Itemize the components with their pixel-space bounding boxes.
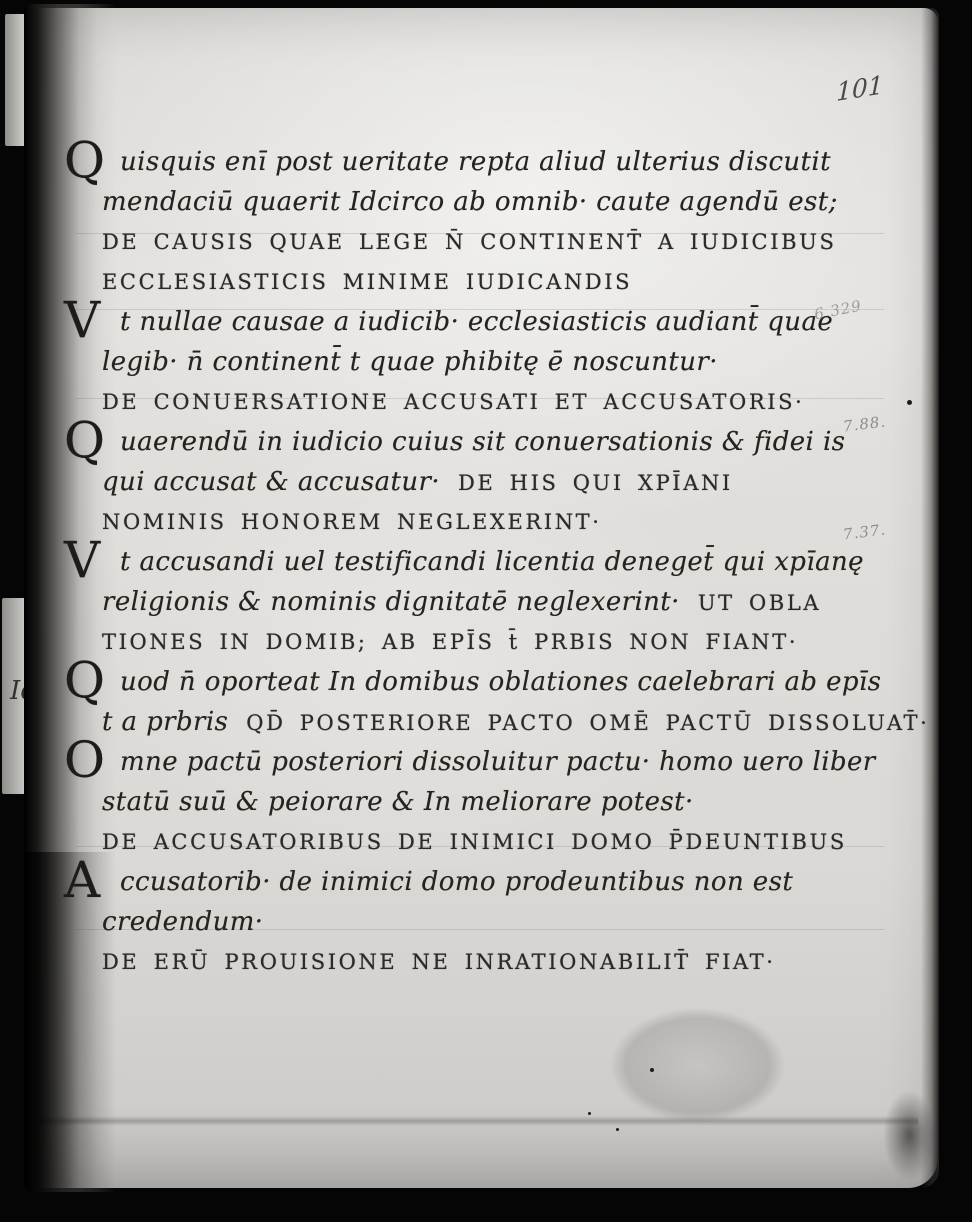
body-minuscule-text: mendaciū quaerit Idcirco ab omnib· caute… xyxy=(102,187,838,217)
manuscript-line: mendaciū quaerit Idcirco ab omnib· caute… xyxy=(66,182,896,222)
folio-number: 101 xyxy=(836,70,884,107)
manuscript-line: Accusatorib· de inimici domo prodeuntibu… xyxy=(66,862,896,902)
manuscript-line: religionis & nominis dignitatē neglexeri… xyxy=(66,582,896,622)
body-minuscule-text: t accusandi uel testificandi licentia de… xyxy=(120,547,864,577)
ink-speck xyxy=(907,400,912,405)
rubric-capitals-text: DE CONUERSATIONE ACCUSATI ET ACCUSATORIS… xyxy=(102,390,804,414)
manuscript-line: Vt nullae causae a iudicib· ecclesiastic… xyxy=(66,302,896,342)
manuscript-line: legib· n̄ continent̄ t quae phibitę ē no… xyxy=(66,342,896,382)
manuscript-line: TIONES IN DOMIB; AB EPĪS t̄ PRBIS NON FI… xyxy=(66,622,896,662)
manuscript-line: Quaerendū in iudicio cuius sit conuersat… xyxy=(66,422,896,462)
manuscript-line: DE CAUSIS QUAE LEGE N̄ CONTINENT̄ A IUDI… xyxy=(66,222,896,262)
manuscript-line: t a prbrisQD̄ POSTERIORE PACTO OMĒ PACTŪ… xyxy=(66,702,896,742)
body-minuscule-text: credendum· xyxy=(102,907,263,937)
rubric-capitals-text: DE CAUSIS QUAE LEGE N̄ CONTINENT̄ A IUDI… xyxy=(102,230,836,254)
rubric-capitals-text: DE HIS QUI XPĪANI xyxy=(458,471,733,495)
body-minuscule-text: t a prbris xyxy=(102,707,228,737)
body-minuscule-text: uisquis enī post ueritate repta aliud ul… xyxy=(120,147,831,177)
manuscript-page: 101 6.329 7.88. 7.37. Quisquis enī post … xyxy=(30,8,938,1188)
body-minuscule-text: mne pactū posteriori dissoluitur pactu· … xyxy=(120,747,876,777)
rubric-capitals-text: DE ACCUSATORIBUS DE INIMICI DOMO P̄DEUNT… xyxy=(102,830,847,854)
ink-speck xyxy=(650,1068,654,1072)
manuscript-line: Vt accusandi uel testificandi licentia d… xyxy=(66,542,896,582)
rubric-capitals-text: TIONES IN DOMIB; AB EPĪS t̄ PRBIS NON FI… xyxy=(102,630,798,654)
body-minuscule-text: uaerendū in iudicio cuius sit conuersati… xyxy=(120,427,845,457)
text-block: Quisquis enī post ueritate repta aliud u… xyxy=(66,142,896,982)
manuscript-line: NOMINIS HONOREM NEGLEXERINT· xyxy=(66,502,896,542)
manuscript-line: Quisquis enī post ueritate repta aliud u… xyxy=(66,142,896,182)
initial-letter: Q xyxy=(64,415,105,465)
initial-letter: A xyxy=(64,855,100,905)
corner-mottling xyxy=(816,1020,936,1180)
ink-speck xyxy=(616,1128,619,1131)
rubric-capitals-text: ECCLESIASTICIS MINIME IUDICANDIS xyxy=(102,270,632,294)
manuscript-line: credendum· xyxy=(66,902,896,942)
body-minuscule-text: statū suū & peiorare & In meliorare pote… xyxy=(102,787,694,817)
rubric-capitals-text: UT OBLA xyxy=(698,591,821,615)
fold-shadow xyxy=(40,1116,918,1126)
manuscript-photo: Ie 101 6.329 7.88. 7.37. Quisquis enī po… xyxy=(0,0,972,1222)
initial-letter: V xyxy=(64,295,100,345)
rubric-capitals-text: QD̄ POSTERIORE PACTO OMĒ PACTŪ DISSOLUAT… xyxy=(246,711,929,735)
initial-letter: V xyxy=(64,535,100,585)
ink-speck xyxy=(588,1112,591,1115)
initial-letter: O xyxy=(64,735,105,785)
manuscript-line: DE ERŪ PROUISIONE NE INRATIONABILIT̄ FIA… xyxy=(66,942,896,982)
initial-letter: Q xyxy=(64,135,105,185)
manuscript-line: ECCLESIASTICIS MINIME IUDICANDIS xyxy=(66,262,896,302)
initial-letter: Q xyxy=(64,655,105,705)
rubric-capitals-text: DE ERŪ PROUISIONE NE INRATIONABILIT̄ FIA… xyxy=(102,950,776,974)
water-stain xyxy=(610,1008,785,1123)
manuscript-line: qui accusat & accusatur·DE HIS QUI XPĪAN… xyxy=(66,462,896,502)
body-minuscule-text: religionis & nominis dignitatē neglexeri… xyxy=(102,587,680,617)
rubric-capitals-text: NOMINIS HONOREM NEGLEXERINT· xyxy=(102,510,602,534)
manuscript-line: DE CONUERSATIONE ACCUSATI ET ACCUSATORIS… xyxy=(66,382,896,422)
body-minuscule-text: uod n̄ oporteat In domibus oblationes ca… xyxy=(120,667,881,697)
manuscript-line: Omne pactū posteriori dissoluitur pactu·… xyxy=(66,742,896,782)
manuscript-line: Quod n̄ oporteat In domibus oblationes c… xyxy=(66,662,896,702)
body-minuscule-text: qui accusat & accusatur· xyxy=(102,467,440,497)
manuscript-line: statū suū & peiorare & In meliorare pote… xyxy=(66,782,896,822)
body-minuscule-text: ccusatorib· de inimici domo prodeuntibus… xyxy=(120,867,793,897)
manuscript-line: DE ACCUSATORIBUS DE INIMICI DOMO P̄DEUNT… xyxy=(66,822,896,862)
body-minuscule-text: legib· n̄ continent̄ t quae phibitę ē no… xyxy=(102,347,718,377)
body-minuscule-text: t nullae causae a iudicib· ecclesiastici… xyxy=(120,307,833,337)
